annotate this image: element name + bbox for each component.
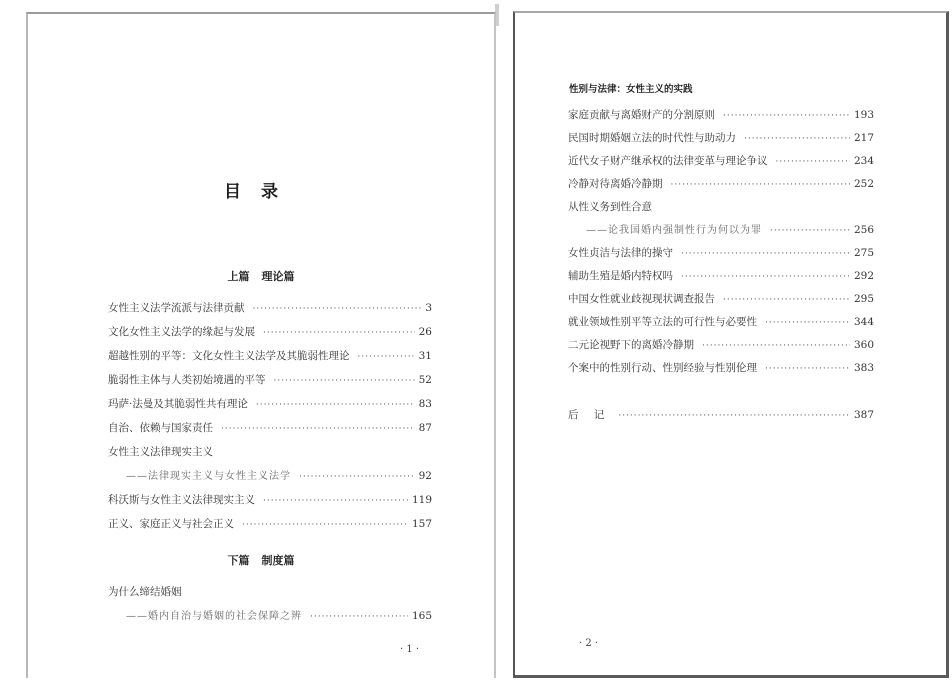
leader-dots xyxy=(263,326,415,340)
toc-title: 目录 xyxy=(28,177,494,202)
toc-entry[interactable]: 民国时期婚姻立法的时代性与助动力 217 xyxy=(568,131,874,145)
toc-entry[interactable]: 家庭贡献与离婚财产的分割原则 193 xyxy=(568,108,874,122)
page-number: · 2 · xyxy=(579,638,598,649)
toc-entry[interactable]: 女性主义法学流派与法律贡献 3 xyxy=(108,301,432,315)
toc-entry[interactable]: 超越性别的平等：文化女性主义法学及其脆弱性理论 31 xyxy=(108,349,432,363)
toc-entry[interactable]: 玛萨·法曼及其脆弱性共有理论 83 xyxy=(108,397,432,411)
leader-dots xyxy=(358,350,415,364)
leader-dots xyxy=(242,518,408,532)
leader-dots xyxy=(702,339,850,353)
part2-name: 制度篇 xyxy=(262,554,295,567)
leader-dots xyxy=(671,178,850,192)
leader-dots xyxy=(310,610,408,624)
toc-entry-heading[interactable]: 女性主义法律现实主义 xyxy=(108,445,432,459)
toc-entry-subtitle[interactable]: ——婚内自治与婚姻的社会保障之辨 165 xyxy=(108,609,432,623)
toc-entry[interactable]: 文化女性主义法学的缘起与发展 26 xyxy=(108,325,432,339)
leader-dots xyxy=(765,316,850,330)
leader-dots xyxy=(274,374,415,388)
page-1: 目录 上篇理论篇 女性主义法学流派与法律贡献 3 文化女性主义法学的缘起与发展 … xyxy=(26,12,496,678)
part1-name: 理论篇 xyxy=(262,270,295,283)
part1-heading: 上篇理论篇 xyxy=(28,268,494,284)
part2-heading: 下篇制度篇 xyxy=(28,552,494,568)
leader-dots xyxy=(770,224,850,238)
leader-dots xyxy=(256,398,415,412)
part1-label: 上篇 xyxy=(228,270,250,283)
toc-entry-subtitle[interactable]: ——论我国婚内强制性行为何以为罪 256 xyxy=(568,223,874,237)
leader-dots xyxy=(221,422,415,436)
toc-entry-afterword[interactable]: 后 记 387 xyxy=(568,408,874,422)
toc-entry[interactable]: 二元论视野下的离婚冷静期 360 xyxy=(568,338,874,352)
toc-entry[interactable]: 女性贞洁与法律的操守 275 xyxy=(568,246,874,260)
toc-entry[interactable]: 冷静对待离婚冷静期 252 xyxy=(568,177,874,191)
leader-dots xyxy=(618,409,850,423)
toc-entry[interactable]: 正义、家庭正义与社会正义 157 xyxy=(108,517,432,531)
toc-entry[interactable]: 就业领域性别平等立法的可行性与必要性 344 xyxy=(568,315,874,329)
leader-dots xyxy=(744,132,850,146)
leader-dots xyxy=(299,470,415,484)
toc-entry[interactable]: 自治、依赖与国家责任 87 xyxy=(108,421,432,435)
toc-entry-heading[interactable]: 为什么缔结婚姻 xyxy=(108,585,432,599)
leader-dots xyxy=(723,293,850,307)
page-number: · 1 · xyxy=(400,644,419,655)
toc-entry[interactable]: 脆弱性主体与人类初始境遇的平等 52 xyxy=(108,373,432,387)
toc-entry[interactable]: 科沃斯与女性主义法律现实主义 119 xyxy=(108,493,432,507)
leader-dots xyxy=(776,155,850,169)
leader-dots xyxy=(253,302,422,316)
leader-dots xyxy=(263,494,408,508)
part2-label: 下篇 xyxy=(228,554,250,567)
toc-entry[interactable]: 中国女性就业歧视现状调查报告 295 xyxy=(568,292,874,306)
running-header: 性别与法律：女性主义的实践 xyxy=(569,81,693,95)
leader-dots xyxy=(765,362,850,376)
page-2: 性别与法律：女性主义的实践 家庭贡献与离婚财产的分割原则 193 民国时期婚姻立… xyxy=(513,11,949,678)
document-viewer: 目录 上篇理论篇 女性主义法学流派与法律贡献 3 文化女性主义法学的缘起与发展 … xyxy=(0,0,952,689)
toc-entry[interactable]: 个案中的性别行动、性别经验与性别伦理 383 xyxy=(568,361,874,375)
toc-entry-heading[interactable]: 从性义务到性合意 xyxy=(568,200,874,214)
leader-dots xyxy=(681,270,850,284)
leader-dots xyxy=(681,247,850,261)
toc-entry[interactable]: 近代女子财产继承权的法律变革与理论争议 234 xyxy=(568,154,874,168)
leader-dots xyxy=(723,109,850,123)
toc-entry-subtitle[interactable]: ——法律现实主义与女性主义法学 92 xyxy=(108,469,432,483)
toc-entry[interactable]: 辅助生殖是婚内特权吗 292 xyxy=(568,269,874,283)
